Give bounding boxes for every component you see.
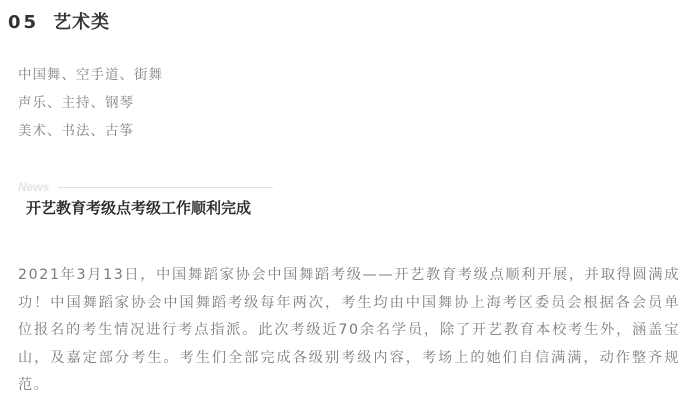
section-number: 05: [8, 12, 39, 33]
news-label: News: [18, 180, 49, 194]
news-header: News: [18, 180, 274, 194]
category-item: 声乐、主持、钢琴: [18, 92, 163, 120]
news-title: 开艺教育考级点考级工作顺利完成: [26, 197, 251, 218]
category-list: 中国舞、空手道、街舞 声乐、主持、钢琴 美术、书法、古筝: [18, 64, 163, 148]
divider: [58, 187, 273, 188]
category-item: 中国舞、空手道、街舞: [18, 64, 163, 92]
section-title: 艺术类: [53, 12, 110, 33]
section-heading: 05艺术类: [8, 8, 110, 34]
category-item: 美术、书法、古筝: [18, 120, 163, 148]
article-body: 2021年3月13日，中国舞蹈家协会中国舞蹈考级——开艺教育考级点顺利开展，并取…: [18, 262, 680, 400]
